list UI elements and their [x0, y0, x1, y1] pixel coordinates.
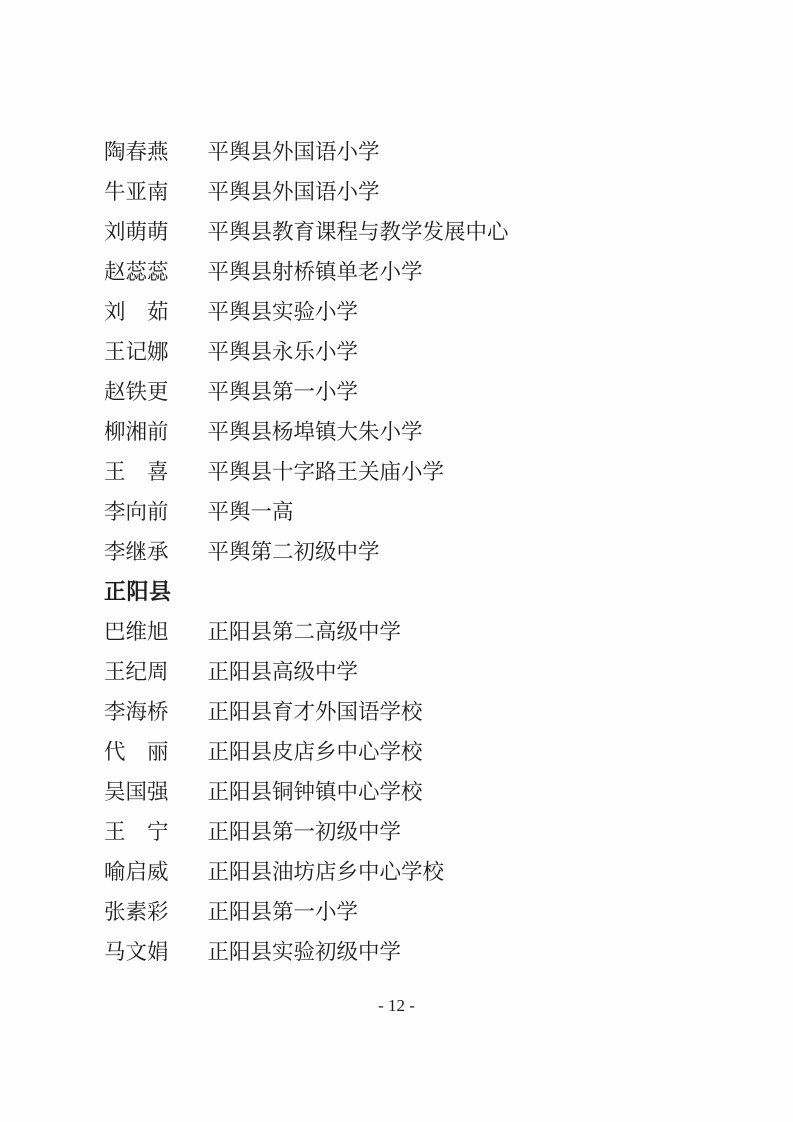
school-name: 平舆县实验小学 [208, 292, 359, 332]
teacher-name: 李向前 [104, 492, 169, 532]
roster-entry: 张素彩正阳县第一小学 [104, 892, 753, 932]
roster-entry: 赵铁更平舆县第一小学 [104, 372, 753, 412]
roster-entry: 李继承平舆第二初级中学 [104, 532, 753, 572]
roster-entry: 马文娟正阳县实验初级中学 [104, 932, 753, 972]
roster-entry: 王喜平舆县十字路王关庙小学 [104, 452, 753, 492]
school-name: 平舆第二初级中学 [208, 532, 380, 572]
teacher-roster-list: 陶春燕平舆县外国语小学牛亚南平舆县外国语小学刘萌萌平舆县教育课程与教学发展中心赵… [104, 132, 753, 972]
roster-entry: 牛亚南平舆县外国语小学 [104, 172, 753, 212]
roster-entry: 李海桥正阳县育才外国语学校 [104, 692, 753, 732]
teacher-name: 喻启威 [104, 852, 169, 892]
county-section-header: 正阳县 [104, 572, 753, 612]
roster-entry: 王纪周正阳县高级中学 [104, 652, 753, 692]
school-name: 平舆县射桥镇单老小学 [208, 252, 423, 292]
roster-entry: 王宁正阳县第一初级中学 [104, 812, 753, 852]
school-name: 平舆县杨埠镇大朱小学 [208, 412, 423, 452]
teacher-name: 王喜 [104, 452, 169, 492]
teacher-name: 刘茹 [104, 292, 169, 332]
school-name: 正阳县实验初级中学 [208, 932, 402, 972]
roster-entry: 刘茹平舆县实验小学 [104, 292, 753, 332]
page-number: - 12 - [378, 996, 415, 1015]
school-name: 正阳县第一初级中学 [208, 812, 402, 852]
teacher-name: 马文娟 [104, 932, 169, 972]
teacher-name: 巴维旭 [104, 612, 169, 652]
roster-entry: 陶春燕平舆县外国语小学 [104, 132, 753, 172]
teacher-name: 王记娜 [104, 332, 169, 372]
school-name: 正阳县育才外国语学校 [208, 692, 423, 732]
document-page: 陶春燕平舆县外国语小学牛亚南平舆县外国语小学刘萌萌平舆县教育课程与教学发展中心赵… [0, 0, 793, 1122]
page-footer: - 12 - [0, 996, 793, 1016]
teacher-name: 赵蕊蕊 [104, 252, 169, 292]
roster-entry: 刘萌萌平舆县教育课程与教学发展中心 [104, 212, 753, 252]
roster-entry: 赵蕊蕊平舆县射桥镇单老小学 [104, 252, 753, 292]
school-name: 平舆县教育课程与教学发展中心 [208, 212, 509, 252]
teacher-name: 李海桥 [104, 692, 169, 732]
teacher-name: 王宁 [104, 812, 169, 852]
teacher-name: 代丽 [104, 732, 169, 772]
school-name: 正阳县高级中学 [208, 652, 359, 692]
school-name: 平舆县永乐小学 [208, 332, 359, 372]
school-name: 正阳县铜钟镇中心学校 [208, 772, 423, 812]
teacher-name: 王纪周 [104, 652, 169, 692]
school-name: 平舆县第一小学 [208, 372, 359, 412]
roster-entry: 巴维旭正阳县第二高级中学 [104, 612, 753, 652]
school-name: 平舆县外国语小学 [208, 132, 380, 172]
school-name: 平舆县十字路王关庙小学 [208, 452, 445, 492]
roster-entry: 吴国强正阳县铜钟镇中心学校 [104, 772, 753, 812]
roster-entry: 柳湘前平舆县杨埠镇大朱小学 [104, 412, 753, 452]
roster-entry: 喻启威正阳县油坊店乡中心学校 [104, 852, 753, 892]
roster-entry: 代丽正阳县皮店乡中心学校 [104, 732, 753, 772]
teacher-name: 牛亚南 [104, 172, 169, 212]
teacher-name: 陶春燕 [104, 132, 169, 172]
school-name: 平舆一高 [208, 492, 294, 532]
teacher-name: 张素彩 [104, 892, 169, 932]
teacher-name: 吴国强 [104, 772, 169, 812]
school-name: 正阳县皮店乡中心学校 [208, 732, 423, 772]
teacher-name: 刘萌萌 [104, 212, 169, 252]
teacher-name: 赵铁更 [104, 372, 169, 412]
roster-entry: 王记娜平舆县永乐小学 [104, 332, 753, 372]
teacher-name: 柳湘前 [104, 412, 169, 452]
school-name: 正阳县第二高级中学 [208, 612, 402, 652]
teacher-name: 李继承 [104, 532, 169, 572]
school-name: 平舆县外国语小学 [208, 172, 380, 212]
roster-entry: 李向前平舆一高 [104, 492, 753, 532]
school-name: 正阳县油坊店乡中心学校 [208, 852, 445, 892]
school-name: 正阳县第一小学 [208, 892, 359, 932]
